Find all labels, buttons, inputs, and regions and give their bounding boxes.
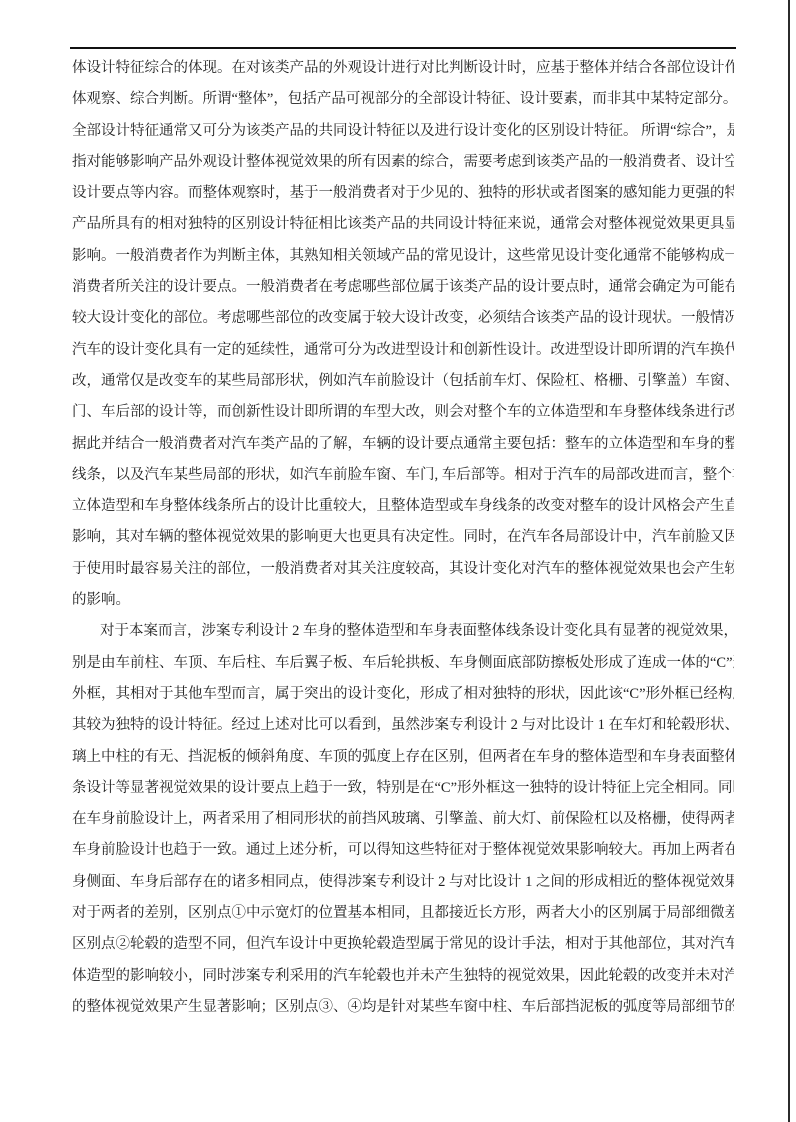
text-line: 区别点②轮毂的造型不同，但汽车设计中更换轮毂造型属于常见的设计手法，相对于其他部…	[72, 929, 734, 960]
text-line: 体造型的影响较小，同时涉案专利采用的汽车轮毂也并未产生独特的视觉效果，因此轮毂的…	[72, 961, 734, 992]
text-line: 于使用时最容易关注的部位，一般消费者对其关注度较高，其设计变化对汽车的整体视觉效…	[72, 554, 734, 585]
text-line: 的整体视觉效果产生显著影响；区别点③、④均是针对某些车窗中柱、车后部挡泥板的弧度…	[72, 992, 734, 1023]
text-line: 在车身前脸设计上，两者采用了相同形状的前挡风玻璃、引擎盖、前大灯、前保险杠以及格…	[72, 804, 734, 835]
text-line: 立体造型和车身整体线条所占的设计比重较大，且整体造型或车身线条的改变对整车的设计…	[72, 491, 734, 522]
text-line: 外框，其相对于其他车型而言，属于突出的设计变化，形成了相对独特的形状，因此该“C…	[72, 679, 734, 710]
text-line: 改，通常仅是改变车的某些局部形状，例如汽车前脸设计（包括前车灯、保险杠、格栅、引…	[72, 366, 734, 397]
scanned-document: { "page": { "type": "scanned legal opini…	[0, 0, 796, 1122]
text-line: 其较为独特的设计特征。经过上述对比可以看到，虽然涉案专利设计 2 与对比设计 1…	[72, 710, 734, 741]
text-line: 体设计特征综合的体现。在对该类产品的外观设计进行对比判断设计时，应基于整体并结合…	[72, 53, 734, 84]
scan-edge-line	[788, 0, 790, 1122]
text-line: 身侧面、车身后部存在的诸多相同点，使得涉案专利设计 2 与对比设计 1 之间的形…	[72, 867, 734, 898]
text-line: 影响。一般消费者作为判断主体，其熟知相关领域产品的常见设计，这些常见设计变化通常…	[72, 241, 734, 272]
text-line: 车身前脸设计也趋于一致。通过上述分析，可以得知这些特征对于整体视觉效果影响较大。…	[72, 835, 734, 866]
text-line: 门、车后部的设计等，而创新性设计即所谓的车型大改，则会对整个车的立体造型和车身整…	[72, 397, 734, 428]
text-line: 全部设计特征通常又可分为该类产品的共同设计特征以及进行设计变化的区别设计特征。 …	[72, 116, 734, 147]
text-line: 体观察、综合判断。所谓“整体”，包括产品可视部分的全部设计特征、设计要素，而非其…	[72, 84, 734, 115]
text-line: 影响，其对车辆的整体视觉效果的影响更大也更具有决定性。同时，在汽车各局部设计中，…	[72, 522, 734, 553]
document-page: 体设计特征综合的体现。在对该类产品的外观设计进行对比判断设计时，应基于整体并结合…	[0, 0, 796, 1122]
text-line: 璃上中柱的有无、挡泥板的倾斜角度、车顶的弧度上存在区别，但两者在车身的整体造型和…	[72, 742, 734, 773]
document-body: 体设计特征综合的体现。在对该类产品的外观设计进行对比判断设计时，应基于整体并结合…	[72, 53, 734, 1023]
text-line: 指对能够影响产品外观设计整体视觉效果的所有因素的综合，需要考虑到该类产品的一般消…	[72, 147, 734, 178]
text-line: 别是由车前柱、车顶、车后柱、车后翼子板、车后轮拱板、车身侧面底部防擦板处形成了连…	[72, 648, 734, 679]
text-line: 对于本案而言，涉案专利设计 2 车身的整体造型和车身表面整体线条设计变化具有显著…	[72, 616, 734, 647]
text-line: 较大设计变化的部位。考虑哪些部位的改变属于较大设计改变，必须结合该类产品的设计现…	[72, 303, 734, 334]
text-line: 的影响。	[72, 585, 734, 616]
header-divider-rule	[70, 47, 736, 49]
text-line: 汽车的设计变化具有一定的延续性，通常可分为改进型设计和创新性设计。改进型设计即所…	[72, 335, 734, 366]
text-line: 对于两者的差别，区别点①中示宽灯的位置基本相同，且都接近长方形，两者大小的区别属…	[72, 898, 734, 929]
text-line: 设计要点等内容。而整体观察时，基于一般消费者对于少见的、独特的形状或者图案的感知…	[72, 178, 734, 209]
text-line: 条设计等显著视觉效果的设计要点上趋于一致，特别是在“C”形外框这一独特的设计特征…	[72, 773, 734, 804]
text-line: 线条，以及汽车某些局部的形状，如汽车前脸车窗、车门, 车后部等。相对于汽车的局部…	[72, 460, 734, 491]
text-line: 据此并结合一般消费者对汽车类产品的了解，车辆的设计要点通常主要包括：整车的立体造…	[72, 429, 734, 460]
text-line: 产品所具有的相对独特的区别设计特征相比该类产品的共同设计特征来说，通常会对整体视…	[72, 209, 734, 240]
text-line: 消费者所关注的设计要点。一般消费者在考虑哪些部位属于该类产品的设计要点时，通常会…	[72, 272, 734, 303]
